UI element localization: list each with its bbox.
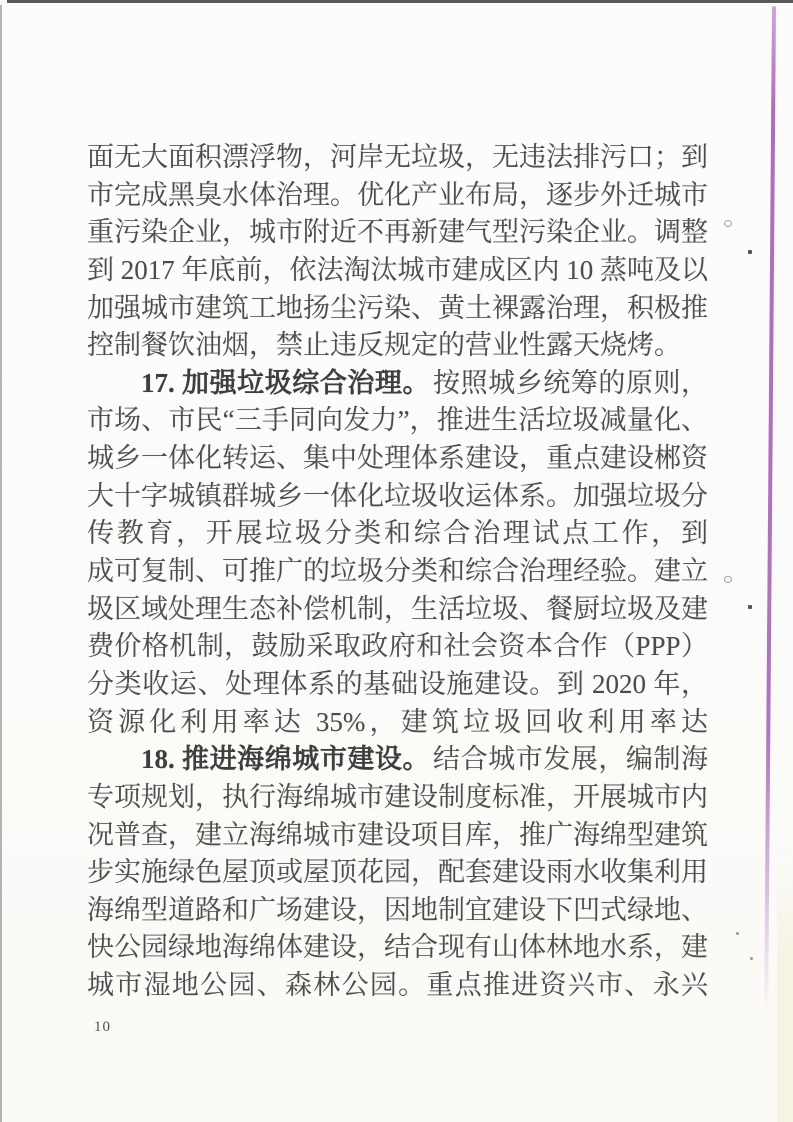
scan-speck [724,220,732,227]
item-17-heading: 17. 加强垃圾综合治理。 [141,368,430,398]
scan-speck [736,932,739,935]
scan-speck [748,605,752,609]
text-line: 资源化利用率达 35%，建筑垃圾回收利用率达 80%。 [87,704,708,742]
item-18-heading: 18. 推进海绵城市建设。 [141,744,430,774]
text-line: 市场、市民“三手同向发力”，推进生活垃圾减量化、分类收集、 [87,402,708,440]
page-number: 10 [94,1019,111,1036]
paragraph-17-waste-management: 17. 加强垃圾综合治理。按照城乡统筹的原则，通过政府、 市场、市民“三手同向发… [87,365,708,741]
text-line: 分类收运、处理体系的基础设施建设。到 2020 年，城市生活垃圾 [87,666,708,704]
text-line: 圾区域处理生态补偿机制，生活垃圾、餐厨垃圾及建筑垃圾处理 [87,591,708,629]
scan-left-border [0,5,2,1122]
scan-right-shadow [777,855,793,1122]
text-line: 城市湿地公园、森林公园。重点推进资兴市、永兴县、桂东县海 [87,967,708,1005]
text-line: 大十字城镇群城乡一体化垃圾收运体系。加强垃圾分类和处理宣 [87,478,708,516]
document-body: 面无大面积漂浮物，河岸无垃圾，无违法排污口；到 2020 年，全 市完成黑臭水体… [87,139,708,1005]
text-line: 到 2017 年底前，依法淘汰城市建成区内 10 蒸吨及以下燃煤锅炉。 [87,252,708,290]
text-line: 市完成黑臭水体治理。优化产业布局，逐步外迁城市建成区内的 [87,177,708,215]
text-line: 况普查，建立海绵城市建设项目库，推广海绵型建筑与小区，逐 [87,817,708,855]
text-line: 传教育，开展垃圾分类和综合治理试点工作，到 2018 年，全市形 [87,515,708,553]
text-line: 成可复制、可推广的垃圾分类和综合治理经验。建立完善生活垃 [87,553,708,591]
text-line: 步实施绿色屋顶或屋顶花园，配套建设雨水收集利用设施；推广 [87,854,708,892]
text-line: 控制餐饮油烟，禁止违反规定的营业性露天烧烤。 [87,327,708,365]
scan-speck [748,250,752,254]
scanned-document-page: 面无大面积漂浮物，河岸无垃圾，无违法排污口；到 2020 年，全 市完成黑臭水体… [0,0,793,1122]
text-line: 海绵型道路和广场建设，因地制宜建设下凹式绿地、植草沟，加 [87,892,708,930]
text-line: 城乡一体化转运、集中处理体系建设，重点建设郴资桂、郴永宜 [87,440,708,478]
scan-right-purple-line [764,6,775,1016]
scan-speck [724,576,732,583]
text-line: 快公园绿地海绵体建设，结合现有山体林地水系，建设郊野公园、 [87,929,708,967]
paragraph-18-sponge-city: 18. 推进海绵城市建设。结合城市发展，编制海绵城市建设 专项规划，执行海绵城市… [87,741,708,1004]
scan-speck [750,957,753,960]
scan-top-border [7,0,793,3]
text-line: 专项规划，执行海绵城市建设制度标准，开展城市内涝、干旱情 [87,779,708,817]
text-line: 18. 推进海绵城市建设。结合城市发展，编制海绵城市建设 [87,741,708,779]
text-line: 费价格机制，鼓励采取政府和社会资本合作（PPP）模式开展垃圾 [87,628,708,666]
text-line: 17. 加强垃圾综合治理。按照城乡统筹的原则，通过政府、 [87,365,708,403]
paragraph-pollution-control: 面无大面积漂浮物，河岸无垃圾，无违法排污口；到 2020 年，全 市完成黑臭水体… [87,139,708,365]
text-line: 重污染企业，城市附近不再新建气型污染企业。调整能源结构， [87,214,708,252]
text-line: 面无大面积漂浮物，河岸无垃圾，无违法排污口；到 2020 年，全 [87,139,708,177]
text-line: 加强城市建筑工地扬尘污染、黄土裸露治理，积极推进绿色施工。 [87,290,708,328]
